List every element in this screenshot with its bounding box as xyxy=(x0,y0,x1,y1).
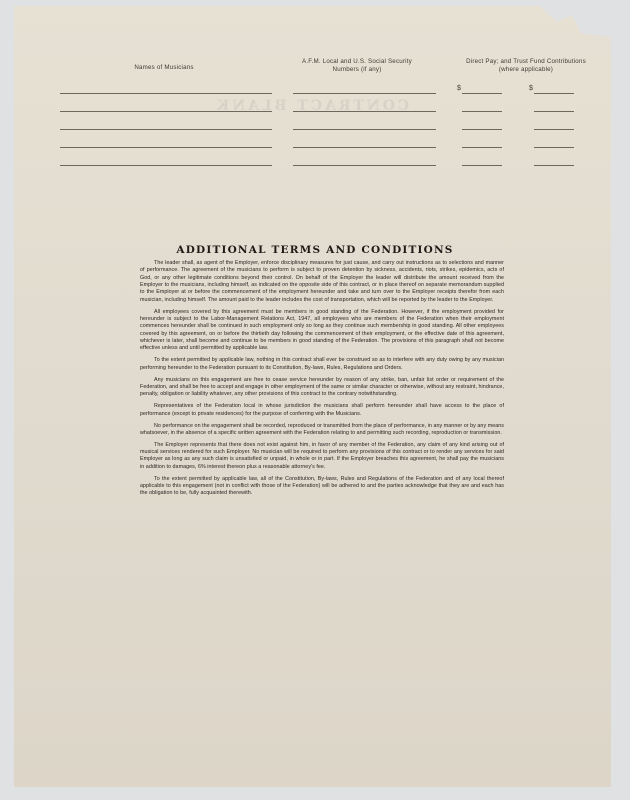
terms-title: ADDITIONAL TERMS AND CONDITIONS xyxy=(0,244,630,256)
local-ssn-field[interactable] xyxy=(293,111,436,112)
name-field[interactable] xyxy=(60,93,272,94)
contract-page: CONTRACT BLANK Names of Musicians A.F.M.… xyxy=(14,6,611,787)
terms-paragraph: Any musicians on this engagement are fre… xyxy=(140,377,504,399)
local-ssn-field[interactable] xyxy=(293,147,436,148)
trust-fund-field[interactable] xyxy=(534,147,574,148)
local-ssn-field[interactable] xyxy=(293,129,436,130)
dollar-sign: $ xyxy=(457,85,461,92)
name-field[interactable] xyxy=(60,165,272,166)
terms-paragraph: No performance on the engagement shall b… xyxy=(140,423,504,438)
column-header-local-ssn: A.F.M. Local and U.S. Social Security Nu… xyxy=(294,58,420,73)
name-field[interactable] xyxy=(60,129,272,130)
local-ssn-field[interactable] xyxy=(293,165,436,166)
dollar-sign: $ xyxy=(529,85,533,92)
trust-fund-field[interactable] xyxy=(534,111,574,112)
terms-paragraph: The Employer represents that there does … xyxy=(140,442,504,471)
direct-pay-field[interactable] xyxy=(462,165,502,166)
terms-paragraph: To the extent permitted by applicable la… xyxy=(140,357,504,372)
direct-pay-field[interactable] xyxy=(462,129,502,130)
terms-paragraph: All employees covered by this agreement … xyxy=(140,309,504,353)
local-ssn-field[interactable] xyxy=(293,93,436,94)
terms-paragraph: The leader shall, as agent of the Employ… xyxy=(140,260,504,304)
direct-pay-field[interactable] xyxy=(462,147,502,148)
terms-body: The leader shall, as agent of the Employ… xyxy=(140,260,504,502)
column-header-contributions: Direct Pay; and Trust Fund Contributions… xyxy=(461,58,591,73)
name-field[interactable] xyxy=(60,147,272,148)
direct-pay-field[interactable] xyxy=(462,93,502,94)
trust-fund-field[interactable] xyxy=(534,129,574,130)
terms-paragraph: To the extent permitted by applicable la… xyxy=(140,476,504,498)
trust-fund-field[interactable] xyxy=(534,165,574,166)
column-header-names: Names of Musicians xyxy=(104,64,224,72)
direct-pay-field[interactable] xyxy=(462,111,502,112)
trust-fund-field[interactable] xyxy=(534,93,574,94)
terms-paragraph: Representatives of the Federation local … xyxy=(140,403,504,418)
name-field[interactable] xyxy=(60,111,272,112)
